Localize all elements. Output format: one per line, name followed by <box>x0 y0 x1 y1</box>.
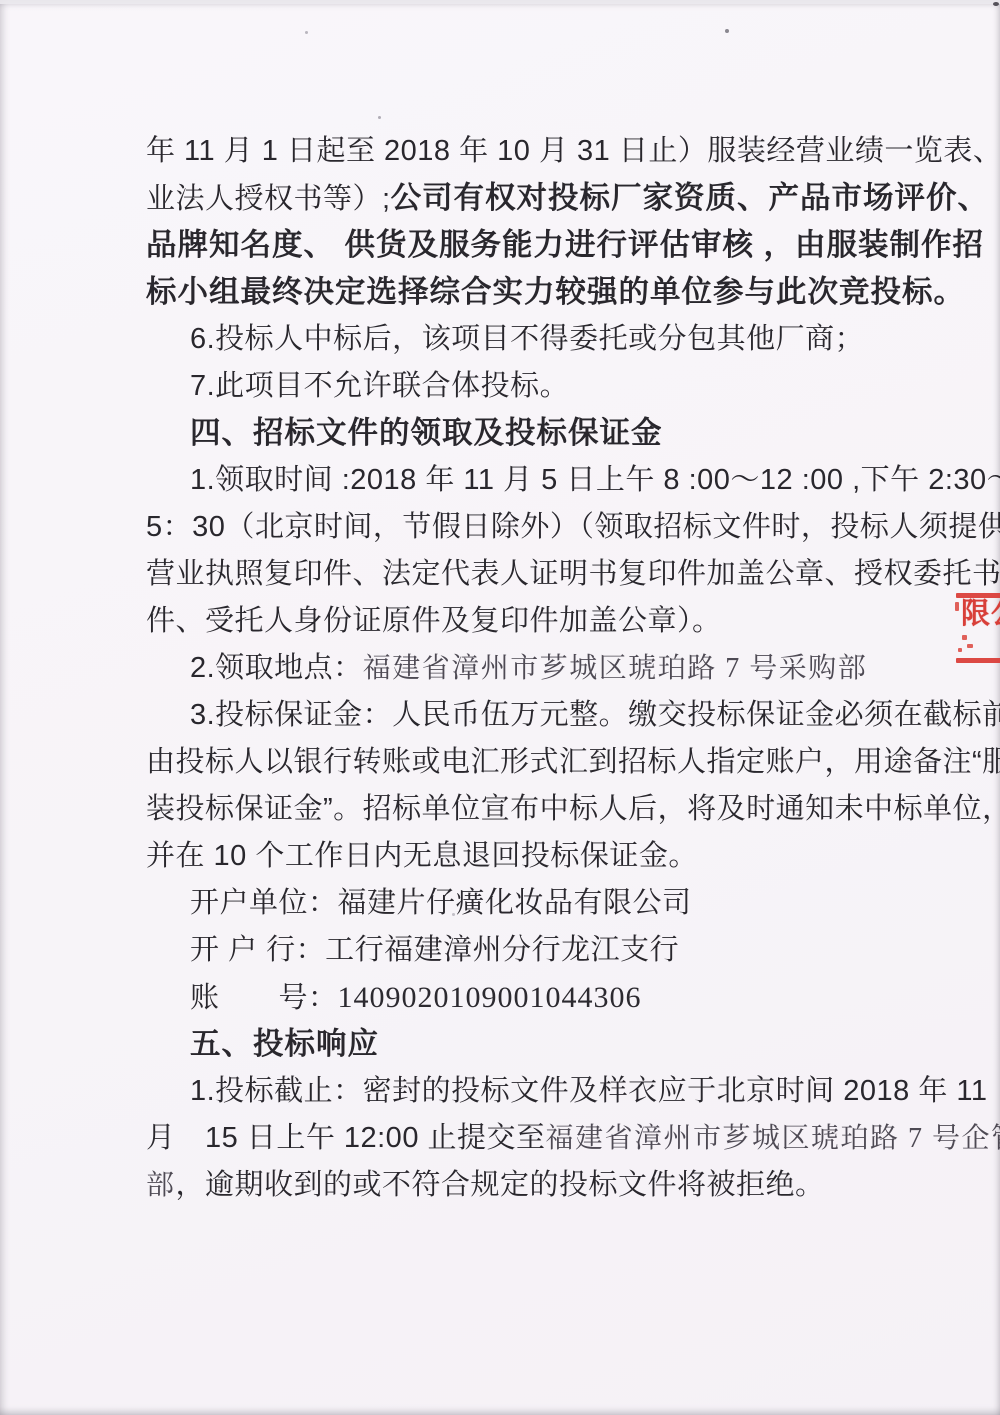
text-segment: 1.领取时间 :2018 年 11 月 5 日上午 8 :00～12 :00 ,… <box>190 464 1000 496</box>
text-line: 年 11 月 1 日起至 2018 年 10 月 31 日止）服装经营业绩一览表… <box>146 128 870 175</box>
text-segment: 四、招标文件的领取及投标保证金 <box>190 416 663 450</box>
text-segment: 1409020109001044306 <box>338 981 642 1014</box>
text-segment: 业法人授权书等）; <box>146 183 391 215</box>
scan-speck <box>305 31 308 34</box>
scan-speck <box>452 913 455 916</box>
text-segment: 账 号： <box>190 982 338 1014</box>
text-line: 五、投标响应 <box>146 1021 870 1068</box>
stamp-ink-mark <box>958 648 962 652</box>
text-segment: 品牌知名度、 供货及服务能力进行评估审核 ，由服装制作招 <box>146 228 984 262</box>
text-line: 账 号：1409020109001044306 <box>146 974 870 1021</box>
text-line: 部，逾期收到的或不符合规定的投标文件将被拒绝。 <box>146 1162 870 1209</box>
document-text: 年 11 月 1 日起至 2018 年 10 月 31 日止）服装经营业绩一览表… <box>146 128 870 1209</box>
text-segment: 1.投标截止：密封的投标文件及样衣应于北京时间 2018 年 11 <box>190 1075 987 1107</box>
text-line: 月 15 日上午 12:00 止提交至福建省漳州市芗城区琥珀路 7 号企管 <box>146 1115 870 1162</box>
text-segment: 标小组最终决定选择综合实力较强的单位参与此次竞投标。 <box>146 275 965 309</box>
scanner-edge <box>0 0 1000 4</box>
text-line: 3.投标保证金：人民币伍万元整。缴交投标保证金必须在截标前 <box>146 692 870 739</box>
text-line: 装投标保证金”。招标单位宣布中标人后，将及时通知未中标单位， <box>146 786 870 833</box>
text-line: 7.此项目不允许联合体投标。 <box>146 363 870 410</box>
text-line: 四、招标文件的领取及投标保证金 <box>146 410 870 457</box>
stamp-ink-mark <box>955 602 959 611</box>
text-line: 开 户 行：工行福建漳州分行龙江支行 <box>146 927 870 974</box>
stamp-ink-mark <box>962 635 967 640</box>
text-line: 2.领取地点：福建省漳州市芗城区琥珀路 7 号采购部 <box>146 645 870 692</box>
text-segment: 月 15 日上午 12:00 止提交至 <box>146 1122 546 1154</box>
text-segment: 6.投标人中标后，该项目不得委托或分包其他厂商； <box>190 323 864 355</box>
text-segment: 公司有权对投标厂家资质、产品市场评价、 <box>391 181 990 215</box>
text-line: 由投标人以银行转账或电汇形式汇到招标人指定账户，用途备注“服 <box>146 739 870 786</box>
text-line: 件、受托人身份证原件及复印件加盖公章）。 <box>146 598 870 645</box>
text-segment: 5：30（北京时间，节假日除外）（领取招标文件时，投标人须提供 <box>146 511 1000 543</box>
scanned-document-page: 年 11 月 1 日起至 2018 年 10 月 31 日止）服装经营业绩一览表… <box>0 0 1000 1415</box>
text-line: 营业执照复印件、法定代表人证明书复印件加盖公章、授权委托书原 <box>146 551 870 598</box>
text-segment: 开户单位：福建片仔癀化妆品有限公司 <box>190 887 692 919</box>
text-segment: 2.领取地点： <box>190 652 363 684</box>
text-line: 开户单位：福建片仔癀化妆品有限公司 <box>146 880 870 927</box>
text-segment: 7.此项目不允许联合体投标。 <box>190 370 569 402</box>
text-segment: 年 11 月 1 日起至 2018 年 10 月 31 日止）服装经营业绩一览表… <box>146 135 1000 167</box>
text-segment: 件、受托人身份证原件及复印件加盖公章）。 <box>146 605 722 637</box>
stamp-ink-mark <box>967 644 973 648</box>
scan-speck <box>378 116 381 119</box>
text-segment: 福建省漳州市芗城区琥珀路 7 号企管 <box>546 1123 1000 1154</box>
text-line: 1.领取时间 :2018 年 11 月 5 日上午 8 :00～12 :00 ,… <box>146 457 870 504</box>
text-line: 1.投标截止：密封的投标文件及样衣应于北京时间 2018 年 11 <box>146 1068 870 1115</box>
text-segment: 3.投标保证金：人民币伍万元整。缴交投标保证金必须在截标前 <box>190 699 1000 731</box>
text-segment: 由投标人以银行转账或电汇形式汇到招标人指定账户，用途备注“服 <box>146 746 1000 778</box>
text-line: 5：30（北京时间，节假日除外）（领取招标文件时，投标人须提供 <box>146 504 870 551</box>
text-segment: 营业执照复印件、法定代表人证明书复印件加盖公章、授权委托书原 <box>146 558 1000 590</box>
text-segment: 五、投标响应 <box>190 1027 379 1061</box>
red-stamp-fragment: 限公 <box>952 588 1000 668</box>
text-line: 标小组最终决定选择综合实力较强的单位参与此次竞投标。 <box>146 269 870 316</box>
text-segment: 开 户 行：工行福建漳州分行龙江支行 <box>190 934 679 966</box>
text-segment: 装投标保证金”。招标单位宣布中标人后，将及时通知未中标单位， <box>146 793 1000 825</box>
text-line: 6.投标人中标后，该项目不得委托或分包其他厂商； <box>146 316 870 363</box>
text-segment: ，逾期收到的或不符合规定的投标文件将被拒绝。 <box>176 1169 825 1201</box>
text-line: 品牌知名度、 供货及服务能力进行评估审核 ，由服装制作招 <box>146 222 870 269</box>
text-segment: 并在 10 个工作日内无息退回投标保证金。 <box>146 840 698 872</box>
text-line: 业法人授权书等）;公司有权对投标厂家资质、产品市场评价、 <box>146 175 870 222</box>
text-line: 并在 10 个工作日内无息退回投标保证金。 <box>146 833 870 880</box>
text-segment: 部 <box>146 1170 176 1201</box>
text-segment: 福建省漳州市芗城区琥珀路 7 号采购部 <box>363 653 868 684</box>
stamp-text: 限公 <box>961 598 1000 630</box>
scan-speck <box>993 2 999 6</box>
scan-speck <box>725 29 729 33</box>
stamp-border-bottom <box>956 658 1000 663</box>
